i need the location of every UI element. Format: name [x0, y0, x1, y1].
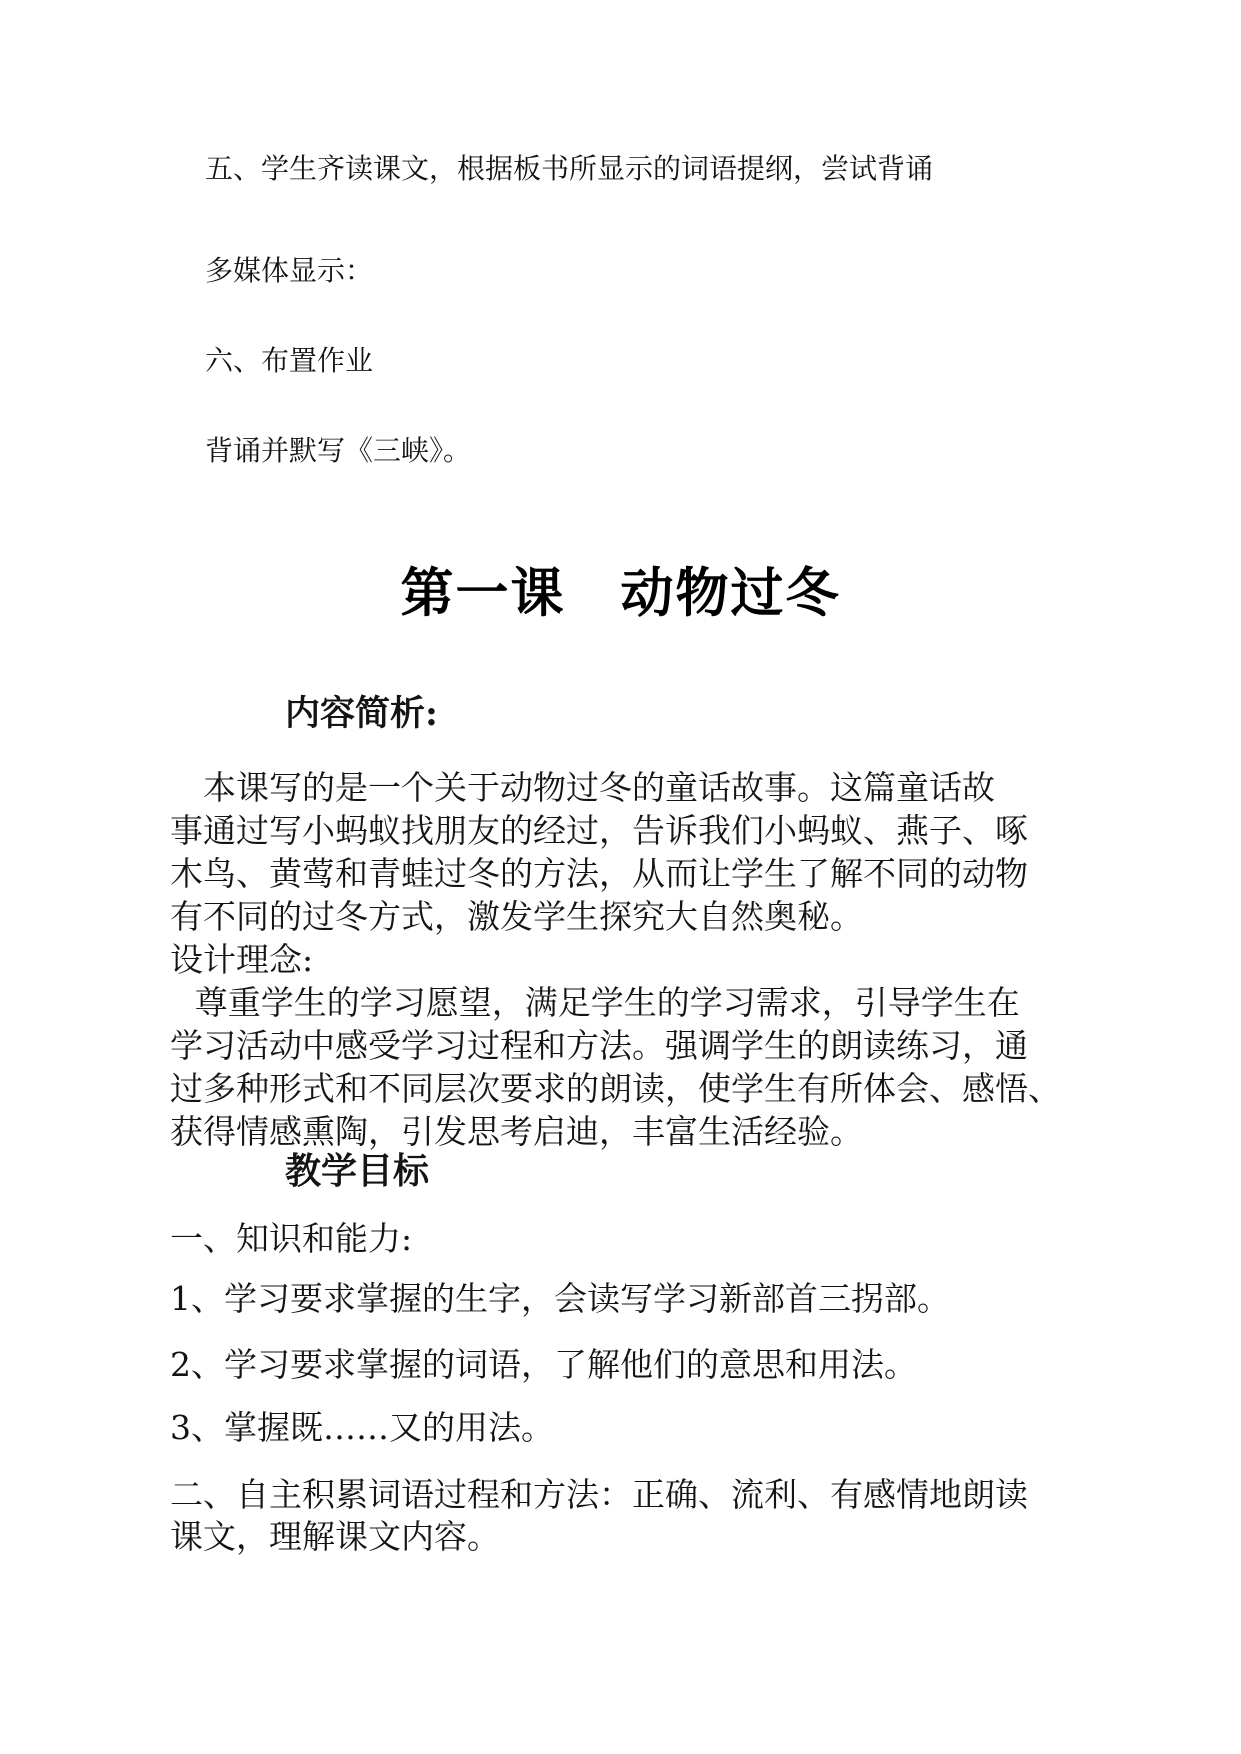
teaching-goals-heading: 教学目标	[285, 1150, 429, 1192]
design-concept-line: 学习活动中感受学习过程和方法。强调学生的朗读练习，通	[170, 1024, 1100, 1067]
design-concept-line: 过多种形式和不同层次要求的朗读，使学生有所体会、感悟、	[170, 1067, 1100, 1110]
note-line-reading: 五、学生齐读课文，根据板书所显示的词语提纲，尝试背诵	[205, 152, 1105, 186]
design-concept-line: 获得情感熏陶，引发思考启迪，丰富生活经验。	[170, 1110, 1100, 1153]
previous-lesson-notes: 五、学生齐读课文，根据板书所显示的词语提纲，尝试背诵 多媒体显示： 六、布置作业…	[205, 152, 1105, 524]
content-analysis-line: 事通过写小蚂蚁找朋友的经过，告诉我们小蚂蚁、燕子、啄	[170, 809, 1100, 852]
content-analysis-heading: 内容简析:	[285, 694, 438, 734]
document-page: 五、学生齐读课文，根据板书所显示的词语提纲，尝试背诵 多媒体显示： 六、布置作业…	[0, 0, 1241, 1754]
goal-item-knowledge: 一、知识和能力:	[170, 1218, 1110, 1260]
goal-item-process-continued: 课文，理解课文内容。	[170, 1516, 1110, 1558]
design-concept-heading: 设计理念:	[170, 938, 1100, 981]
design-concept-line: 尊重学生的学习愿望，满足学生的学习需求，引导学生在	[170, 981, 1100, 1024]
lesson-title: 第一课 动物过冬	[0, 560, 1241, 626]
note-line-homework: 背诵并默写《三峡》。	[205, 434, 1105, 468]
note-line-homework-heading: 六、布置作业	[205, 344, 1105, 378]
goal-item-3: 3、掌握既……又的用法。	[170, 1407, 1110, 1449]
note-line-multimedia: 多媒体显示：	[205, 254, 1105, 288]
goal-item-2: 2、学习要求掌握的词语，了解他们的意思和用法。	[170, 1344, 1110, 1386]
content-analysis-line: 木鸟、黄莺和青蛙过冬的方法，从而让学生了解不同的动物	[170, 852, 1100, 895]
teaching-goals-list: 一、知识和能力: 1、学习要求掌握的生字，会读写学习新部首三拐部。 2、学习要求…	[170, 1218, 1110, 1558]
content-analysis-line: 有不同的过冬方式，激发学生探究大自然奥秘。	[170, 895, 1100, 938]
goal-item-1: 1、学习要求掌握的生字，会读写学习新部首三拐部。	[170, 1278, 1110, 1320]
lesson-body: 本课写的是一个关于动物过冬的童话故事。这篇童话故 事通过写小蚂蚁找朋友的经过，告…	[170, 766, 1100, 1153]
content-analysis-line: 本课写的是一个关于动物过冬的童话故事。这篇童话故	[170, 766, 1100, 809]
goal-item-process: 二、自主积累词语过程和方法：正确、流利、有感情地朗读	[170, 1474, 1110, 1516]
